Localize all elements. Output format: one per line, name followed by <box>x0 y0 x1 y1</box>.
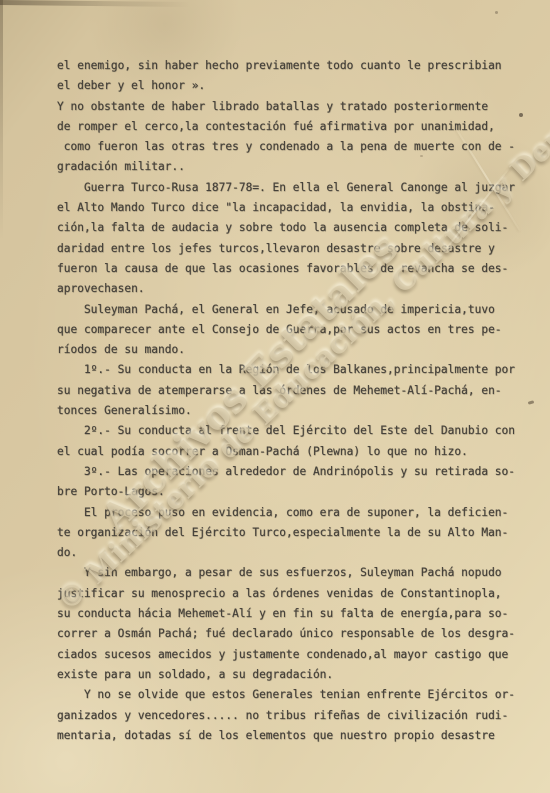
scan-speckle <box>528 400 535 404</box>
typewritten-text-body: el enemigo, sin haber hecho previamente … <box>57 56 527 746</box>
scanned-paper-background: el enemigo, sin haber hecho previamente … <box>0 0 550 793</box>
scan-speckle <box>420 155 423 157</box>
scan-edge-shadow-top <box>0 0 190 7</box>
scan-speckle <box>519 113 523 117</box>
scan-speckle <box>495 11 498 14</box>
scan-edge-shadow-left <box>0 0 3 240</box>
